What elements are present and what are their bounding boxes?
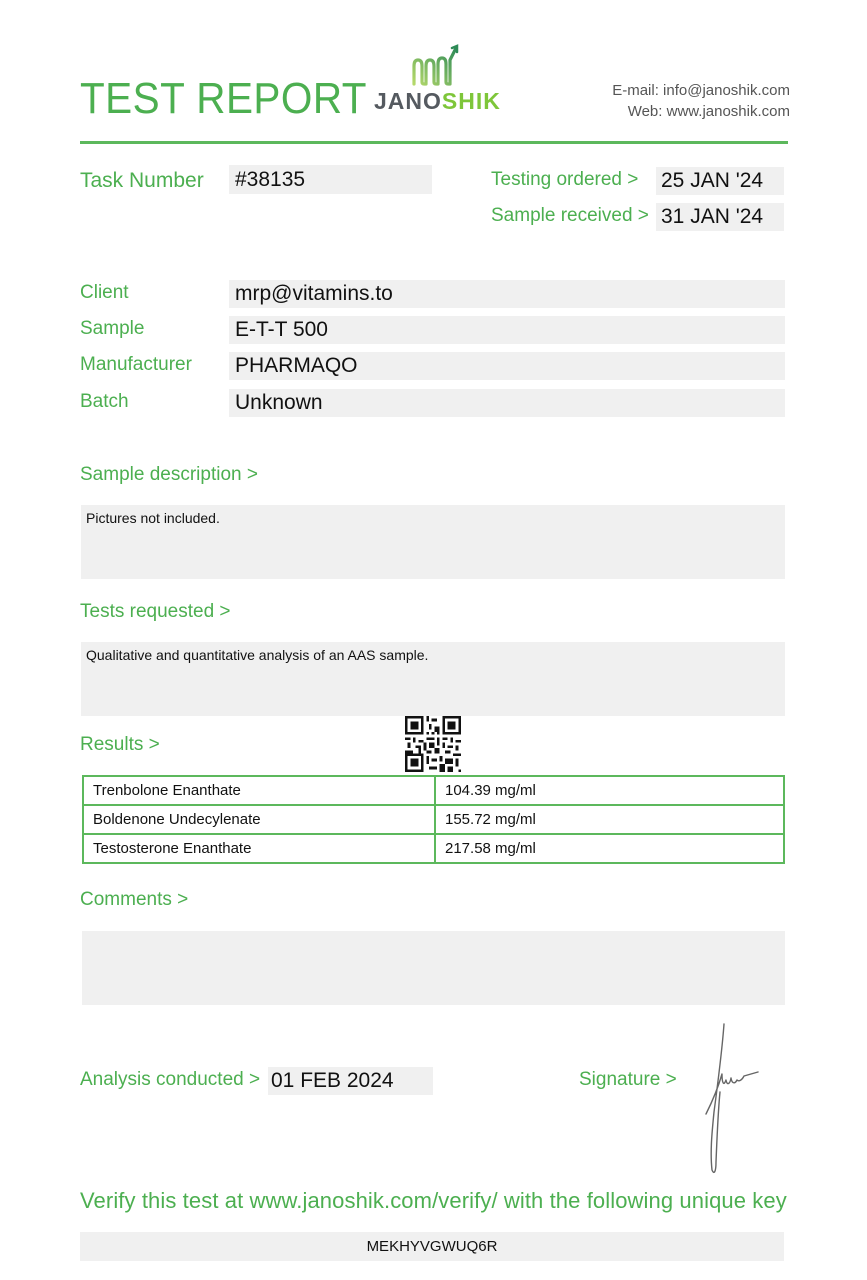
- chart-bars-logo-icon: [410, 44, 470, 88]
- client-label: Client: [80, 282, 129, 304]
- verification-key[interactable]: MEKHYVGWUQ6R: [80, 1232, 784, 1261]
- logo-wordmark: JANOSHIK: [374, 88, 501, 115]
- manufacturer-label: Manufacturer: [80, 354, 192, 376]
- qr-code-icon[interactable]: [405, 716, 461, 772]
- contact-email[interactable]: E-mail: info@janoshik.com: [612, 80, 790, 101]
- tests-requested-label: Tests requested >: [80, 601, 231, 623]
- testing-ordered-label: Testing ordered >: [491, 169, 638, 191]
- signature-icon: [700, 1022, 770, 1177]
- sample-label: Sample: [80, 318, 144, 340]
- client-value: mrp@vitamins.to: [229, 280, 785, 308]
- sample-description-box: Pictures not included.: [81, 505, 785, 579]
- janoshik-logo: JANOSHIK: [374, 44, 494, 120]
- results-label: Results >: [80, 734, 160, 756]
- compound-amount: 104.39 mg/ml: [435, 776, 784, 805]
- sample-received-value: 31 JAN '24: [656, 203, 784, 231]
- task-number-label: Task Number: [80, 169, 204, 193]
- signature-label: Signature >: [579, 1069, 677, 1091]
- task-number-value: #38135: [229, 165, 432, 194]
- comments-label: Comments >: [80, 889, 188, 911]
- batch-value: Unknown: [229, 389, 785, 417]
- compound-amount: 155.72 mg/ml: [435, 805, 784, 834]
- results-table: Trenbolone Enanthate 104.39 mg/ml Bolden…: [82, 775, 785, 864]
- tests-requested-box: Qualitative and quantitative analysis of…: [81, 642, 785, 716]
- comments-box: [82, 931, 785, 1005]
- sample-value: E-T-T 500: [229, 316, 785, 344]
- logo-word-dark: JANO: [374, 88, 442, 114]
- testing-ordered-value: 25 JAN '24: [656, 167, 784, 195]
- contact-web[interactable]: Web: www.janoshik.com: [612, 101, 790, 122]
- compound-name: Boldenone Undecylenate: [83, 805, 435, 834]
- compound-name: Trenbolone Enanthate: [83, 776, 435, 805]
- batch-label: Batch: [80, 391, 129, 413]
- sample-received-label: Sample received >: [491, 205, 649, 227]
- report-title: TEST REPORT: [80, 74, 367, 124]
- compound-name: Testosterone Enanthate: [83, 834, 435, 863]
- sample-description-label: Sample description >: [80, 464, 258, 486]
- verify-instructions: Verify this test at www.janoshik.com/ver…: [80, 1188, 787, 1214]
- compound-amount: 217.58 mg/ml: [435, 834, 784, 863]
- table-row: Testosterone Enanthate 217.58 mg/ml: [83, 834, 784, 863]
- table-row: Trenbolone Enanthate 104.39 mg/ml: [83, 776, 784, 805]
- logo-word-light: SHIK: [442, 88, 501, 114]
- analysis-conducted-value: 01 FEB 2024: [268, 1067, 433, 1095]
- table-row: Boldenone Undecylenate 155.72 mg/ml: [83, 805, 784, 834]
- contact-info: E-mail: info@janoshik.com Web: www.janos…: [612, 80, 790, 122]
- analysis-conducted-label: Analysis conducted >: [80, 1069, 260, 1091]
- header-divider: [80, 141, 788, 144]
- manufacturer-value: PHARMAQO: [229, 352, 785, 380]
